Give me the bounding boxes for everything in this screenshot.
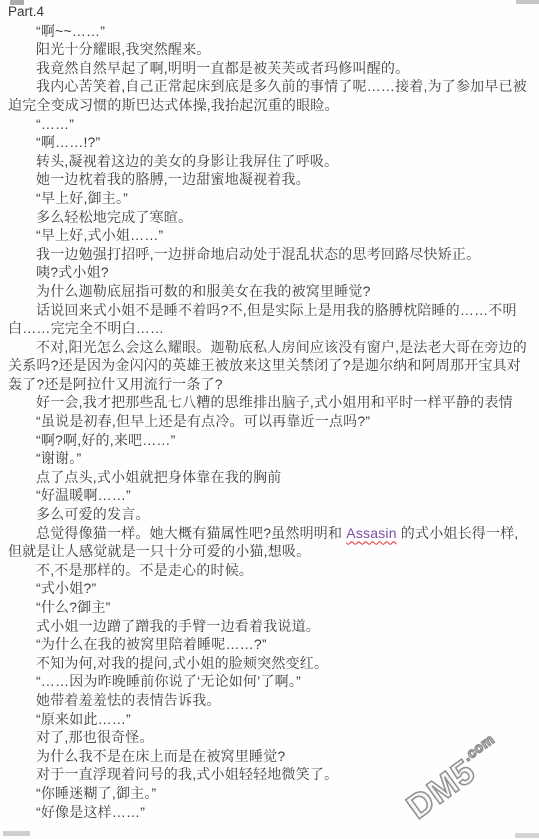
paragraph: “好温暖啊……”	[8, 486, 532, 505]
paragraph: “原来如此……”	[8, 710, 532, 729]
paragraph: “早上好,御主。”	[8, 189, 532, 208]
paragraph: 不对,阳光怎么会这么耀眼。迦勒底私人房间应该没有窗户,是法老大哥在旁边的关系吗?…	[8, 338, 532, 394]
paragraph: 多么轻松地完成了寒暄。	[8, 208, 532, 227]
paragraph: 我内心苦笑着,自己正常起床到底是多久前的事情了呢……接着,为了参加早已被迫完全变…	[8, 77, 532, 114]
paragraph-segment: 总觉得像猫一样。她大概有猫属性吧?虽然明明和	[36, 525, 346, 541]
paragraph: “啊?啊,好的,来吧……”	[8, 431, 532, 450]
paragraph: 咦?式小姐?	[8, 263, 532, 282]
paragraph: “……因为昨晚睡前你说了‘无论如何’了啊。”	[8, 672, 532, 691]
adjacent-page-edge-bottom-left	[3, 831, 30, 836]
paragraph: “……”	[8, 115, 532, 134]
part-heading: Part.4	[8, 3, 532, 22]
paragraph: 对了,那也很奇怪。	[8, 728, 532, 747]
paragraph: 转头,凝视着这边的美女的身影让我屏住了呼吸。	[8, 152, 532, 171]
paragraph: 对于一直浮现着问号的我,式小姐轻轻地微笑了。	[8, 765, 532, 784]
paragraph: “你睡迷糊了,御主。”	[8, 784, 532, 803]
paragraph: “啊……!?”	[8, 133, 532, 152]
paragraph: “虽说是初春,但早上还是有点冷。可以再靠近一点吗?”	[8, 412, 532, 431]
paragraph-with-spellcheck: 总觉得像猫一样。她大概有猫属性吧?虽然明明和 Assasin 的式小姐长得一样,…	[8, 524, 532, 561]
paragraph: 她一边枕着我的胳膊,一边甜蜜地凝视着我。	[8, 170, 532, 189]
novel-text-page: Part.4 “啊~~……” 阳光十分耀眼,我突然醒来。 我竟然自然早起了啊,明…	[0, 0, 539, 839]
paragraph: 为什么我不是在床上而是在被窝里睡觉?	[8, 747, 532, 766]
paragraph: 式小姐一边蹭了蹭我的手臂一边看着我说道。	[8, 617, 532, 636]
paragraph: 为什么迦勒底屈指可数的和服美女在我的被窝里睡觉?	[8, 282, 532, 301]
paragraph: 阳光十分耀眼,我突然醒来。	[8, 40, 532, 59]
paragraph: “谢谢。”	[8, 449, 532, 468]
adjacent-page-edge-bottom-right	[515, 833, 539, 838]
paragraph: “好像是这样……”	[8, 803, 532, 822]
paragraph: “啊~~……”	[8, 22, 532, 41]
paragraph: 我一边勉强打招呼,一边拼命地启动处于混乱状态的思考回路尽快矫正。	[8, 245, 532, 264]
paragraph: 不,不是那样的。不是走心的时候。	[8, 561, 532, 580]
paragraph: 话说回来式小姐不是睡不着吗?不,但是实际上是用我的胳膊枕陪睡的……不明白……完完…	[8, 301, 532, 338]
paragraph: “什么?御主”	[8, 598, 532, 617]
paragraph: 我竟然自然早起了啊,明明一直都是被芙芙或者玛修叫醒的。	[8, 59, 532, 78]
paragraph: 不知为何,对我的提问,式小姐的脸颊突然变红。	[8, 654, 532, 673]
paragraph: 好一会,我才把那些乱七八糟的思维排出脑子,式小姐用和平时一样平静的表情	[8, 393, 532, 412]
paragraph: 多么可爱的发言。	[8, 505, 532, 524]
misspelled-word-assasin: Assasin	[346, 525, 396, 541]
paragraph: “式小姐?”	[8, 579, 532, 598]
paragraph: “早上好,式小姐……”	[8, 226, 532, 245]
paragraph: “为什么在我的被窝里陪着睡呢……?”	[8, 635, 532, 654]
paragraph: 她带着羞羞怯的表情告诉我。	[8, 691, 532, 710]
paragraph: 点了点头,式小姐就把身体靠在我的胸前	[8, 468, 532, 487]
novel-text-content: Part.4 “啊~~……” 阳光十分耀眼,我突然醒来。 我竟然自然早起了啊,明…	[8, 3, 532, 821]
